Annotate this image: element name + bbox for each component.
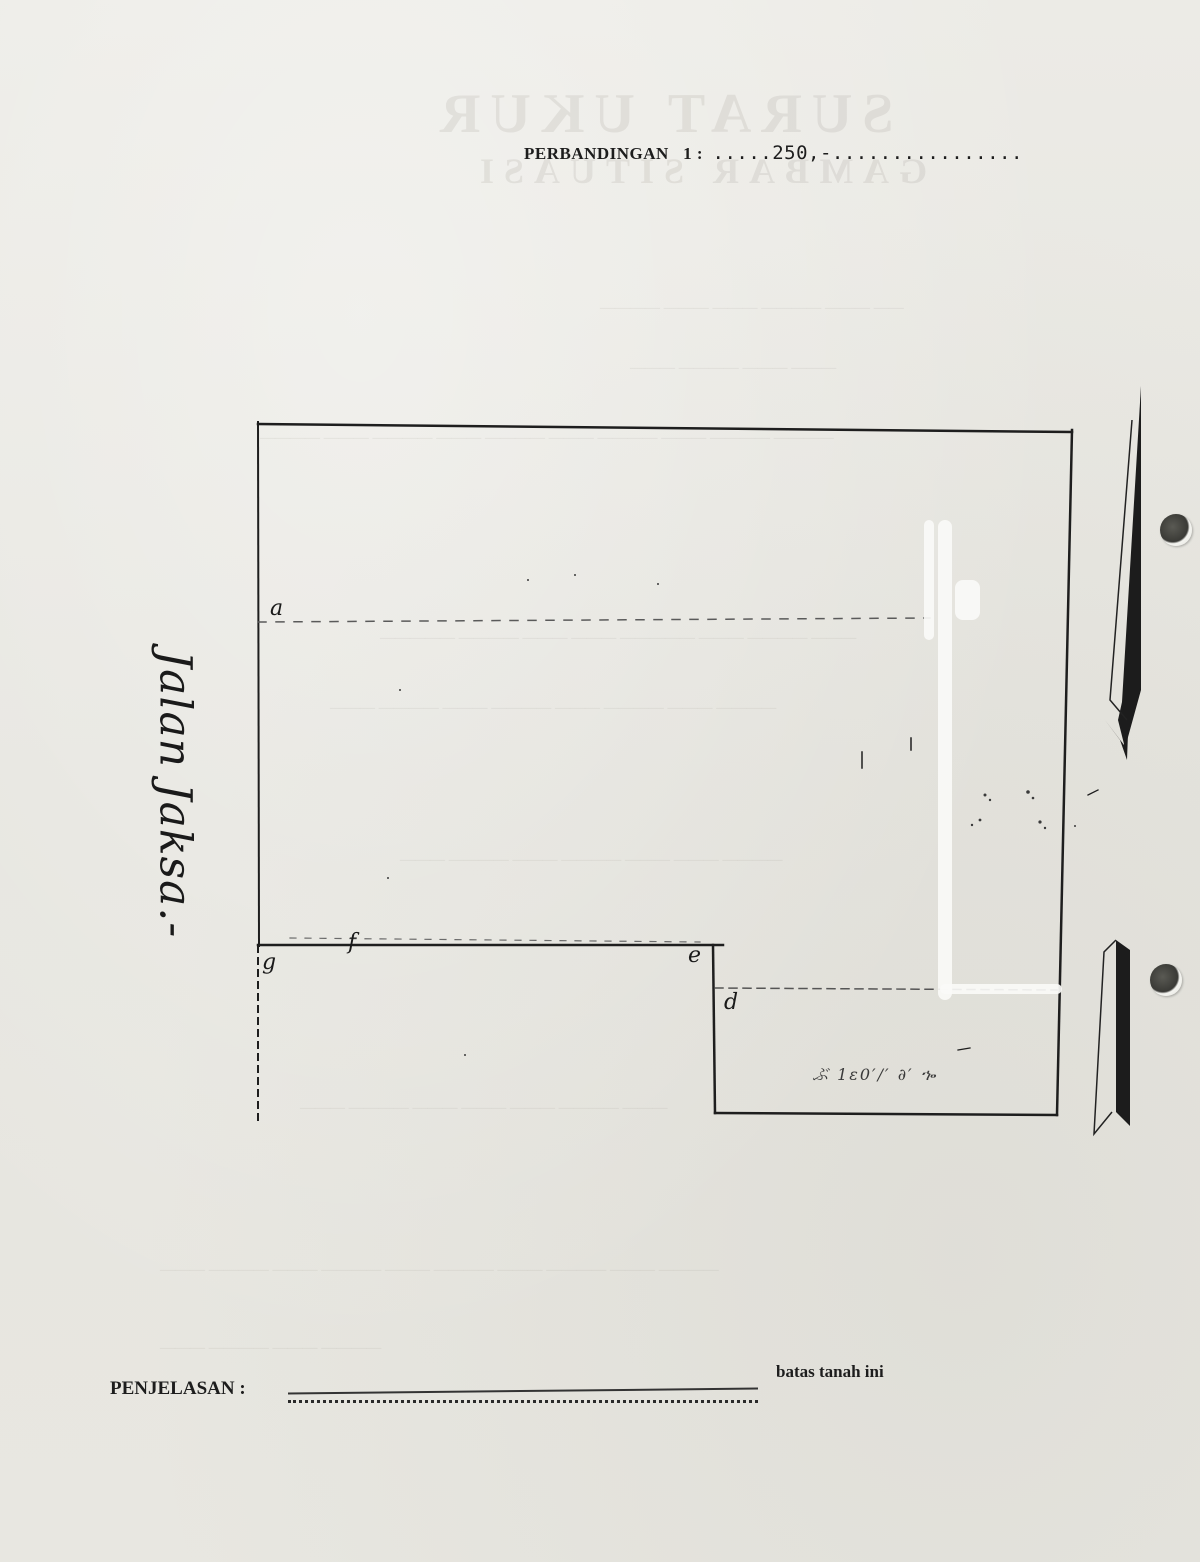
- corner-label-a: a: [270, 596, 283, 621]
- explanation-blank-line: [288, 1378, 758, 1403]
- explanation-suffix: batas tanah ini: [776, 1362, 884, 1382]
- punch-hole-top: [1160, 514, 1192, 546]
- boundary-bottom: [715, 1113, 1057, 1115]
- boundary-e-step: [713, 945, 715, 1113]
- corner-label-f: f: [348, 930, 356, 955]
- street-name-label: Jalan Jaksa.-: [150, 651, 201, 921]
- correction-fluid-streak: [938, 520, 952, 1000]
- correction-fluid-streak: [924, 520, 934, 640]
- smudged-annotation: ぶ 1ε0′/′ ∂′ ኈ: [812, 1065, 937, 1084]
- corner-label-d: d: [724, 990, 738, 1015]
- punch-hole-bottom: [1150, 964, 1182, 996]
- correction-fluid-blob: [955, 580, 980, 620]
- boundary-top: [258, 424, 1072, 432]
- boundary-right: [1057, 430, 1072, 1115]
- dashed-line-a: [258, 618, 930, 622]
- corner-label-g: g: [262, 950, 276, 975]
- explanation-label: PENJELASAN :: [110, 1378, 246, 1400]
- correction-fluid-streak: [940, 984, 1062, 994]
- boundary-left: [258, 422, 259, 946]
- binder-clip-bottom: [1116, 940, 1130, 1126]
- corner-label-e: e: [688, 943, 701, 968]
